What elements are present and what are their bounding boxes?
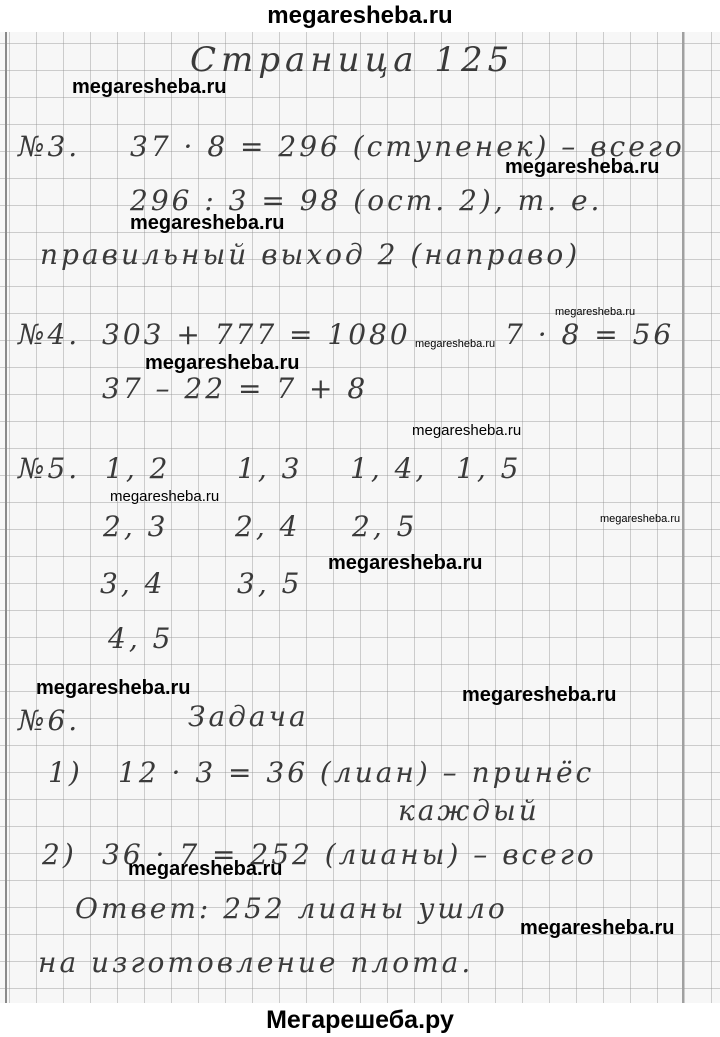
watermark: megaresheba.ru: [412, 422, 521, 439]
task-6-number: №6.: [18, 704, 80, 737]
task-4-line-2: 7 · 8 = 56: [505, 318, 674, 351]
watermark: megaresheba.ru: [36, 677, 191, 700]
site-footer: Мегарешеба.ру: [0, 1003, 720, 1037]
pair-cell: 1, 3: [237, 452, 302, 485]
task-3-number: №3.: [18, 130, 80, 163]
pair-cell: 2, 3: [103, 510, 168, 543]
watermark: megaresheba.ru: [128, 858, 283, 881]
step-1-continuation: каждый: [398, 794, 540, 827]
watermark: megaresheba.ru: [145, 352, 300, 375]
watermark: megaresheba.ru: [110, 488, 219, 505]
right-margin-line: [682, 32, 684, 1003]
pair-cell: 3, 5: [237, 567, 302, 600]
pair-cell: 2, 5: [352, 510, 417, 543]
task-5-number: №5.: [18, 452, 80, 485]
task-4-line-1: 303 + 777 = 1080: [102, 318, 411, 351]
task-6-heading: Задача: [188, 700, 309, 733]
watermark: megaresheba.ru: [555, 306, 635, 318]
step-2-label: 2): [42, 838, 77, 871]
task-4-number: №4.: [18, 318, 80, 351]
watermark: megaresheba.ru: [505, 156, 660, 179]
left-margin-line: [5, 32, 7, 1003]
step-1-text: 12 · 3 = 36 (лиан) – принёс: [118, 756, 594, 789]
watermark: megaresheba.ru: [520, 917, 675, 940]
pair-cell: 4, 5: [108, 622, 173, 655]
watermark: megaresheba.ru: [462, 684, 617, 707]
answer-line-2: на изготовление плота.: [38, 946, 473, 979]
answer-line-1: Ответ: 252 лианы ушло: [75, 892, 508, 925]
watermark: megaresheba.ru: [130, 212, 285, 235]
watermark: megaresheba.ru: [415, 338, 495, 350]
pair-cell: 3, 4: [100, 567, 165, 600]
notebook-sheet: Страница 125 №3. 37 · 8 = 296 (ступенек)…: [0, 32, 720, 1003]
page-title: Страница 125: [190, 40, 514, 80]
pair-cell: 1, 4,: [350, 452, 427, 485]
site-header: megaresheba.ru: [0, 0, 720, 32]
pair-cell: 1, 2: [105, 452, 170, 485]
watermark: megaresheba.ru: [600, 513, 680, 525]
watermark: megaresheba.ru: [328, 552, 483, 575]
pair-cell: 1, 5: [456, 452, 521, 485]
task-4-line-3: 37 – 22 = 7 + 8: [102, 372, 368, 405]
step-1-label: 1): [48, 756, 83, 789]
pair-cell: 2, 4: [235, 510, 300, 543]
watermark: megaresheba.ru: [72, 76, 227, 99]
task-3-line-3: правильный выход 2 (направо): [40, 238, 580, 271]
